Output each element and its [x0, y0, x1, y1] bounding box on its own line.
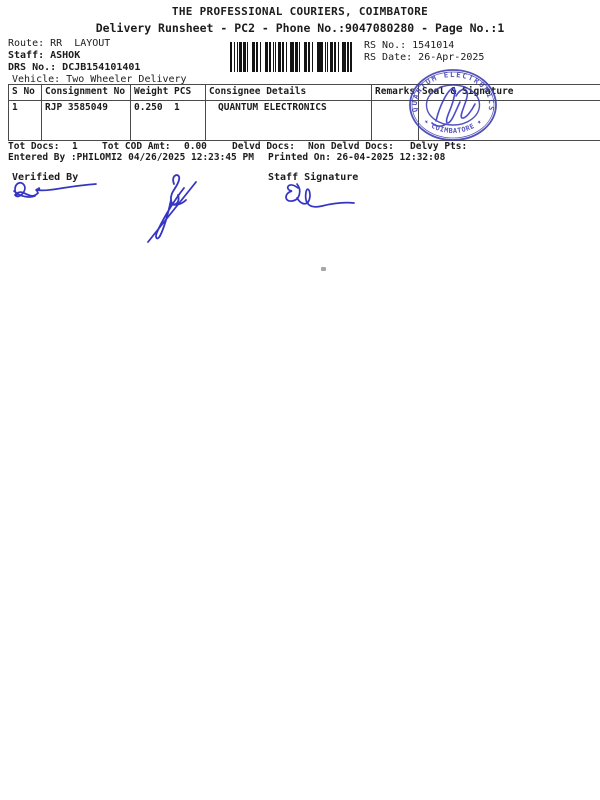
- staff-value: ASHOK: [50, 50, 80, 61]
- stamp-arc-bottom-text: ★ COIMBATORE ★: [422, 117, 483, 135]
- stamp-arc-top-text: QUANTUM ELECTRONICS: [410, 70, 496, 113]
- stamp-signature: [432, 88, 475, 126]
- cell-pcs: 1: [171, 101, 206, 141]
- staff-label: Staff:: [8, 50, 44, 61]
- cell-s-no: 1: [9, 101, 42, 141]
- quantum-electronics-stamp: QUANTUM ELECTRONICS ★ COIMBATORE ★: [406, 66, 500, 145]
- rs-no-value: 1541014: [412, 40, 454, 51]
- route-label: Route:: [8, 38, 44, 49]
- document-title: THE PROFESSIONAL COURIERS, COIMBATORE: [0, 5, 600, 18]
- rs-date-value: 26-Apr-2025: [418, 52, 484, 63]
- col-header-s-no: S No: [9, 85, 42, 101]
- svg-text:★ COIMBATORE ★: ★ COIMBATORE ★: [422, 117, 483, 135]
- printed-on-line: Printed On: 26-04-2025 12:32:08: [268, 152, 445, 163]
- verified-by-signature: [8, 177, 103, 212]
- svg-text:QUANTUM ELECTRONICS: QUANTUM ELECTRONICS: [410, 70, 496, 113]
- rs-no-label: RS No.:: [364, 40, 406, 51]
- table-row: 1 RJP 3585049 0.250 1 QUANTUM ELECTRONIC…: [9, 101, 600, 141]
- document-subtitle: Delivery Runsheet - PC2 - Phone No.:9047…: [0, 21, 600, 35]
- tot-cod-amt-value: 0.00: [184, 141, 207, 152]
- tot-docs-value: 1: [72, 141, 78, 152]
- route-line: Route:RR LAYOUT: [8, 38, 110, 49]
- col-header-pcs: PCS: [171, 85, 206, 101]
- col-header-consignment-no: Consignment No: [42, 85, 131, 101]
- consignee-signature: [140, 170, 205, 248]
- table-header-row: S No Consignment No Weight PCS Consignee…: [9, 85, 600, 101]
- tot-cod-amt-label: Tot COD Amt:: [102, 141, 171, 152]
- barcode-icon: [230, 42, 356, 72]
- entered-by-line: Entered By :PHILOMI2 04/26/2025 12:23:45…: [8, 152, 254, 163]
- rs-date-line: RS Date:26-Apr-2025: [364, 52, 484, 63]
- cell-consignee: QUANTUM ELECTRONICS: [206, 101, 372, 141]
- non-delvd-docs-label: Non Delvd Docs:: [308, 141, 394, 152]
- rs-date-label: RS Date:: [364, 52, 412, 63]
- drs-no-line: DRS No.:DCJB154101401: [8, 62, 140, 73]
- cell-weight: 0.250: [131, 101, 172, 141]
- staff-line: Staff:ASHOK: [8, 50, 80, 61]
- delvd-docs-label: Delvd Docs:: [232, 141, 295, 152]
- cell-consignment-no: RJP 3585049: [42, 101, 131, 141]
- col-header-weight: Weight: [131, 85, 172, 101]
- route-value: RR LAYOUT: [50, 38, 110, 49]
- rs-no-line: RS No.:1541014: [364, 40, 454, 51]
- scan-smudge-mark: [321, 267, 326, 271]
- delivery-runsheet-document: THE PROFESSIONAL COURIERS, COIMBATORE De…: [0, 0, 600, 800]
- stamp-inner-ring: [427, 85, 480, 125]
- drs-no-value: DCJB154101401: [62, 62, 140, 73]
- consignment-table: S No Consignment No Weight PCS Consignee…: [8, 84, 600, 141]
- drs-no-label: DRS No.:: [8, 62, 56, 73]
- tot-docs-label: Tot Docs:: [8, 141, 59, 152]
- staff-signature: [282, 176, 357, 218]
- col-header-consignee-details: Consignee Details: [206, 85, 372, 101]
